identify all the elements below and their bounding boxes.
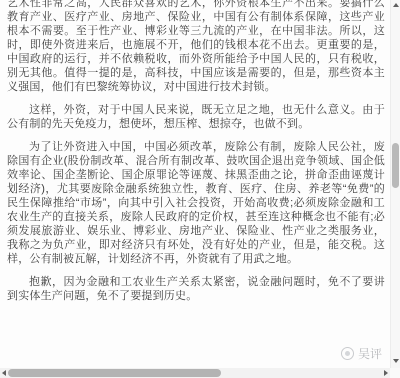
- horizontal-scrollbar-thumb[interactable]: [8, 369, 221, 377]
- watermark: 吴评: [341, 345, 382, 362]
- horizontal-scrollbar[interactable]: [0, 368, 390, 378]
- paragraph: 为了让外资进入中国，中国必须改革，废除公有制，废除人民公社，废除国有企业(股份制…: [7, 140, 385, 266]
- article-page: 艺术性非常之高，人民群众喜欢的艺术，你外资根本生产不出来。要搞什么教育产业、医疗…: [0, 0, 400, 378]
- paragraph: 这样，外资，对于中国人民来说，既无立足之地，也无什么意义。由于公有制的先天免疫力…: [7, 103, 385, 131]
- article-content: 艺术性非常之高，人民群众喜欢的艺术，你外资根本生产不出来。要搞什么教育产业、医疗…: [7, 0, 385, 312]
- vertical-scrollbar[interactable]: [390, 0, 400, 368]
- scroll-up-arrow-icon[interactable]: [393, 3, 399, 7]
- watermark-label: 吴评: [358, 345, 382, 362]
- scroll-down-arrow-icon[interactable]: [393, 359, 399, 363]
- scrollbar-corner: [390, 368, 400, 378]
- paragraph: 抱歉，因为金融和工农业生产关系太紧密，说金融问题时，免不了要讲到实体生产问题，免…: [7, 275, 385, 303]
- scroll-left-arrow-icon[interactable]: [2, 370, 6, 376]
- vertical-scrollbar-thumb[interactable]: [392, 143, 399, 188]
- scroll-right-arrow-icon[interactable]: [384, 370, 388, 376]
- watermark-logo-icon: [341, 347, 354, 360]
- paragraph: 艺术性非常之高，人民群众喜欢的艺术，你外资根本生产不出来。要搞什么教育产业、医疗…: [7, 0, 385, 94]
